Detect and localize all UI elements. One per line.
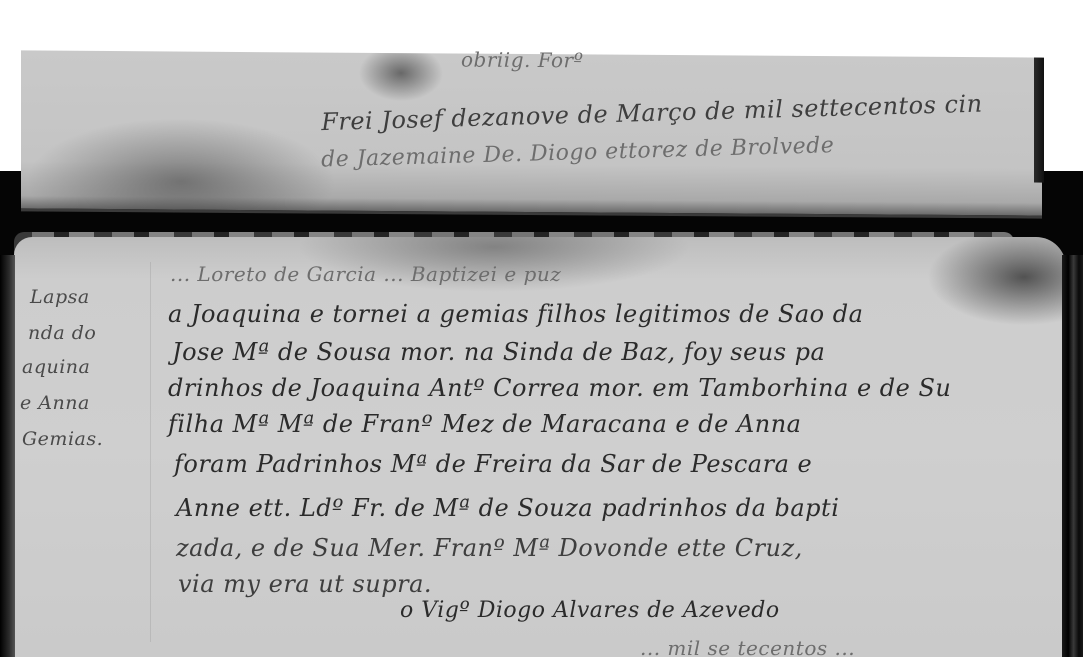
upper-line-2: Frei Josef dezanove de Março de mil sett… [321,90,983,136]
left-binding-edge [0,255,15,657]
margin-line-3: aquina [22,356,90,378]
upper-line-3: de Jazemaine De. Diogo ettorez de Brolve… [321,133,835,172]
margin-rule [150,262,151,642]
priest-signature: o Vigº Diogo Alvares de Azevedo [400,598,780,623]
body-line-4: drinhos de Joaquina Antº Correa mor. em … [168,374,951,402]
upper-page-edge [1034,58,1044,183]
body-line-3: Jose Mª de Sousa mor. na Sinda de Baz, f… [172,338,825,366]
body-line-9: via my era ut supra. [178,570,432,598]
body-line-6: foram Padrinhos Mª de Freira da Sar de P… [174,450,812,478]
upper-line-1: obriig. Forº [461,48,584,73]
right-binding-edge [1062,255,1083,657]
margin-line-1: Lapsa [30,286,90,308]
body-line-1: ... Loreto de Garcia ... Baptizei e puz [170,262,561,286]
body-line-2: a Joaquina e tornei a gemias filhos legi… [168,300,863,328]
margin-line-4: e Anna [20,392,90,414]
body-line-5: filha Mª Mª de Franº Mez de Maracana e d… [168,410,801,438]
margin-line-2: nda do [28,322,96,344]
body-line-7: Anne ett. Ldº Fr. de Mª de Souza padrinh… [176,494,839,522]
next-entry-fragment: ... mil se tecentos ... [640,636,855,657]
margin-line-5: Gemias. [22,428,103,450]
upper-paper-fragment: obriig. Forº Frei Josef dezanove de Març… [21,50,1042,218]
body-line-8: zada, e de Sua Mer. Franº Mª Dovonde ett… [176,534,803,562]
